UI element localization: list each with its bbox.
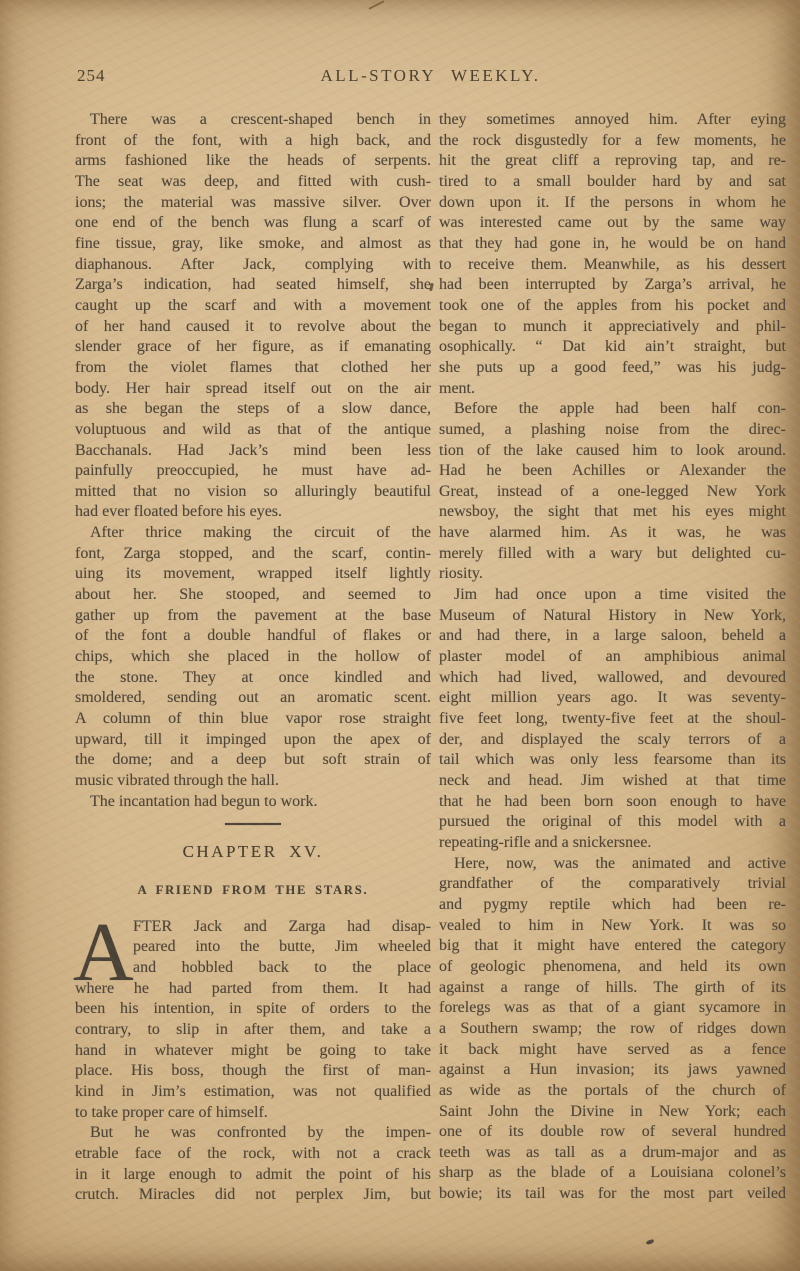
paragraph: The incantation had begun to work. bbox=[75, 792, 431, 813]
text-line: as wide as the portals of the church of bbox=[439, 1081, 786, 1102]
text-line: she puts up a good feed,” was his judg- bbox=[439, 358, 786, 379]
text-line: they sometimes annoyed him. After eying bbox=[439, 110, 786, 131]
text-line: font, Zarga stopped, and the scarf, cont… bbox=[75, 544, 431, 565]
text-line: Great, instead of a one-legged New York bbox=[439, 482, 786, 503]
paragraph: Here, now, was the animated and activegr… bbox=[439, 854, 786, 1205]
text-line: hit the great cliff a reproving tap, and… bbox=[439, 151, 786, 172]
text-line: There was a crescent-shaped bench in bbox=[75, 110, 431, 131]
text-line: Before the apple had been half con- bbox=[439, 399, 786, 420]
text-line: down upon it. If the persons in whom he bbox=[439, 193, 786, 214]
text-line: had been interrupted by Zarga’s arrival,… bbox=[439, 275, 786, 296]
text-line: the dome; and a deep but soft strain of bbox=[75, 750, 431, 771]
text-line: five feet long, twenty-five feet at the … bbox=[439, 709, 786, 730]
text-line: was interested came out by the same way bbox=[439, 213, 786, 234]
drop-cap: A bbox=[73, 920, 134, 986]
text-line: of her hand caused it to revolve about t… bbox=[75, 317, 431, 338]
text-line: newsboy, the sight that met his eyes mig… bbox=[439, 502, 786, 523]
text-line: slender grace of her figure, as if emana… bbox=[75, 337, 431, 358]
text-line: sumed, a plashing noise from the direc- bbox=[439, 420, 786, 441]
text-line: neck and head. Jim wished at that time bbox=[439, 771, 786, 792]
text-line: body. Her hair spread itself out on the … bbox=[75, 379, 431, 400]
text-line: diaphanous. After Jack, complying with bbox=[75, 255, 431, 276]
text-line: vealed to him in New York. It was so bbox=[439, 916, 786, 937]
chapter-subtitle: A FRIEND FROM THE STARS. bbox=[75, 880, 431, 901]
text-line: Jim had once upon a time visited the bbox=[439, 585, 786, 606]
dropcap-paragraph: AFTER Jack and Zarga had disap-peared in… bbox=[75, 917, 431, 1124]
text-line: against a Hun invasion; its jaws yawned bbox=[439, 1060, 786, 1081]
text-line: smoldered, sending out an aromatic scent… bbox=[75, 688, 431, 709]
right-column: they sometimes annoyed him. After eyingt… bbox=[439, 110, 786, 1206]
text-line: uing its movement, wrapped itself lightl… bbox=[75, 564, 431, 585]
text-line: and had there, in a large saloon, beheld… bbox=[439, 626, 786, 647]
paragraph: But he was confronted by the impen-etrab… bbox=[75, 1123, 431, 1206]
text-line: upward, till it impinged upon the apex o… bbox=[75, 730, 431, 751]
text-line: After thrice making the circuit of the bbox=[75, 523, 431, 544]
text-line: Here, now, was the animated and active bbox=[439, 854, 786, 875]
text-line: ions; the material was massive silver. O… bbox=[75, 193, 431, 214]
pen-mark bbox=[368, 0, 384, 9]
text-line: of geologic phenomena, and held its own bbox=[439, 957, 786, 978]
text-line: der, and displayed the scaly terrors of … bbox=[439, 730, 786, 751]
text-line: have alarmed him. As it was, he was bbox=[439, 523, 786, 544]
text-line: it back might have served as a fence bbox=[439, 1040, 786, 1061]
text-line: contrary, to slip in after them, and tak… bbox=[75, 1020, 431, 1041]
left-column: There was a crescent-shaped bench infron… bbox=[75, 110, 431, 1206]
text-line: But he was confronted by the impen- bbox=[75, 1123, 431, 1144]
text-line: merely filled with a wary but delighted … bbox=[439, 544, 786, 565]
paragraph: After thrice making the circuit of thefo… bbox=[75, 523, 431, 792]
text-line: gather up from the pavement at the base bbox=[75, 606, 431, 627]
text-line: front of the font, with a high back, and bbox=[75, 131, 431, 152]
text-line: eight million years ago. It was seventy- bbox=[439, 688, 786, 709]
text-line: osophically. “ Dat kid ain’t straight, b… bbox=[439, 337, 786, 358]
paragraph: There was a crescent-shaped bench infron… bbox=[75, 110, 431, 523]
text-line: music vibrated through the hall. bbox=[75, 771, 431, 792]
text-line: tion of the lake caused him to look arou… bbox=[439, 441, 786, 462]
text-line: a Southern swamp; the row of ridges down bbox=[439, 1019, 786, 1040]
text-line: arms fashioned like the heads of serpent… bbox=[75, 151, 431, 172]
text-line: the rock disgustedly for a few moments, … bbox=[439, 131, 786, 152]
text-line: forelegs was as that of a giant sycamore… bbox=[439, 998, 786, 1019]
text-line: Saint John the Divine in New York; each bbox=[439, 1102, 786, 1123]
text-line: The seat was deep, and fitted with cush- bbox=[75, 172, 431, 193]
text-line: chips, which she placed in the hollow of bbox=[75, 647, 431, 668]
paragraph: Jim had once upon a time visited theMuse… bbox=[439, 585, 786, 854]
text-line: one of its double row of several hundred bbox=[439, 1122, 786, 1143]
text-line: that they had gone in, he would be on ha… bbox=[439, 234, 786, 255]
text-line: hand in whatever might be going to take bbox=[75, 1041, 431, 1062]
text-line: riosity. bbox=[439, 564, 786, 585]
section-divider bbox=[225, 823, 281, 825]
page-header: 254 ALL-STORY WEEKLY. bbox=[75, 66, 786, 90]
text-line: kind in Jim’s estimation, was not qualif… bbox=[75, 1082, 431, 1103]
text-line: in it large enough to admit the point of… bbox=[75, 1165, 431, 1186]
text-line: had ever floated before his eyes. bbox=[75, 502, 431, 523]
text-line: repeating-rifle and a snickersnee. bbox=[439, 833, 786, 854]
text-line: took one of the apples from his pocket a… bbox=[439, 296, 786, 317]
text-line: sharp as the blade of a Louisiana colone… bbox=[439, 1163, 786, 1184]
text-line: as she began the steps of a slow dance, bbox=[75, 399, 431, 420]
text-line: Museum of Natural History in New York, bbox=[439, 606, 786, 627]
text-line: voluptuous and wild as that of the antiq… bbox=[75, 420, 431, 441]
text-line: Bacchanals. Had Jack’s mind been less bbox=[75, 441, 431, 462]
text-line: from the violet flames that clothed her bbox=[75, 358, 431, 379]
text-line: the stone. They at once kindled and bbox=[75, 668, 431, 689]
magazine-page: 254 ALL-STORY WEEKLY. There was a cresce… bbox=[0, 0, 800, 1271]
text-line: painfully preoccupied, he must have ad- bbox=[75, 461, 431, 482]
text-line: caught up the scarf and with a movement bbox=[75, 296, 431, 317]
text-line: and pygmy reptile which had been re- bbox=[439, 895, 786, 916]
chapter-heading: CHAPTER XV. bbox=[75, 842, 431, 863]
text-line: fine tissue, gray, like smoke, and almos… bbox=[75, 234, 431, 255]
text-line: about her. She stooped, and seemed to bbox=[75, 585, 431, 606]
text-line: A column of thin blue vapor rose straigh… bbox=[75, 709, 431, 730]
text-line: place. His boss, though the first of man… bbox=[75, 1061, 431, 1082]
text-line: tail which was only less fearsome than i… bbox=[439, 750, 786, 771]
text-line: Had he been Achilles or Alexander the bbox=[439, 461, 786, 482]
text-line: The incantation had begun to work. bbox=[75, 792, 431, 813]
text-line: Zarga’s indication, had seated himself, … bbox=[75, 275, 431, 296]
header-title: ALL-STORY WEEKLY. bbox=[75, 66, 786, 86]
text-line: bowie; its tail was for the most part ve… bbox=[439, 1184, 786, 1205]
text-line: against a range of hills. The girth of i… bbox=[439, 978, 786, 999]
text-line: big that it might have entered the categ… bbox=[439, 936, 786, 957]
text-line: tired to a small boulder hard by and sat bbox=[439, 172, 786, 193]
text-line: one end of the bench was flung a scarf o… bbox=[75, 213, 431, 234]
text-line: etrable face of the rock, with not a cra… bbox=[75, 1144, 431, 1165]
text-columns: There was a crescent-shaped bench infron… bbox=[75, 110, 786, 1206]
text-line: which had lived, wallowed, and devoured bbox=[439, 668, 786, 689]
paragraph: they sometimes annoyed him. After eyingt… bbox=[439, 110, 786, 399]
text-line: mitted that no vision so alluringly beau… bbox=[75, 482, 431, 503]
text-line: plaster model of an amphibious animal bbox=[439, 647, 786, 668]
text-line: teeth was as tall as a drum-major and as bbox=[439, 1143, 786, 1164]
text-line: been his intention, in spite of orders t… bbox=[75, 999, 431, 1020]
text-line: ment. bbox=[439, 379, 786, 400]
text-line: pursued the original of this model with … bbox=[439, 812, 786, 833]
text-line: to receive them. Meanwhile, as his desse… bbox=[439, 255, 786, 276]
text-line: began to munch it appreciatively and phi… bbox=[439, 317, 786, 338]
text-line: to take proper care of himself. bbox=[75, 1103, 431, 1124]
text-line: grandfather of the comparatively trivial bbox=[439, 874, 786, 895]
text-line: of the font a double handful of flakes o… bbox=[75, 626, 431, 647]
text-line: that he had been born soon enough to hav… bbox=[439, 792, 786, 813]
ink-speck bbox=[646, 1239, 655, 1245]
text-line: crutch. Miracles did not perplex Jim, bu… bbox=[75, 1185, 431, 1206]
paragraph: Before the apple had been half con-sumed… bbox=[439, 399, 786, 585]
